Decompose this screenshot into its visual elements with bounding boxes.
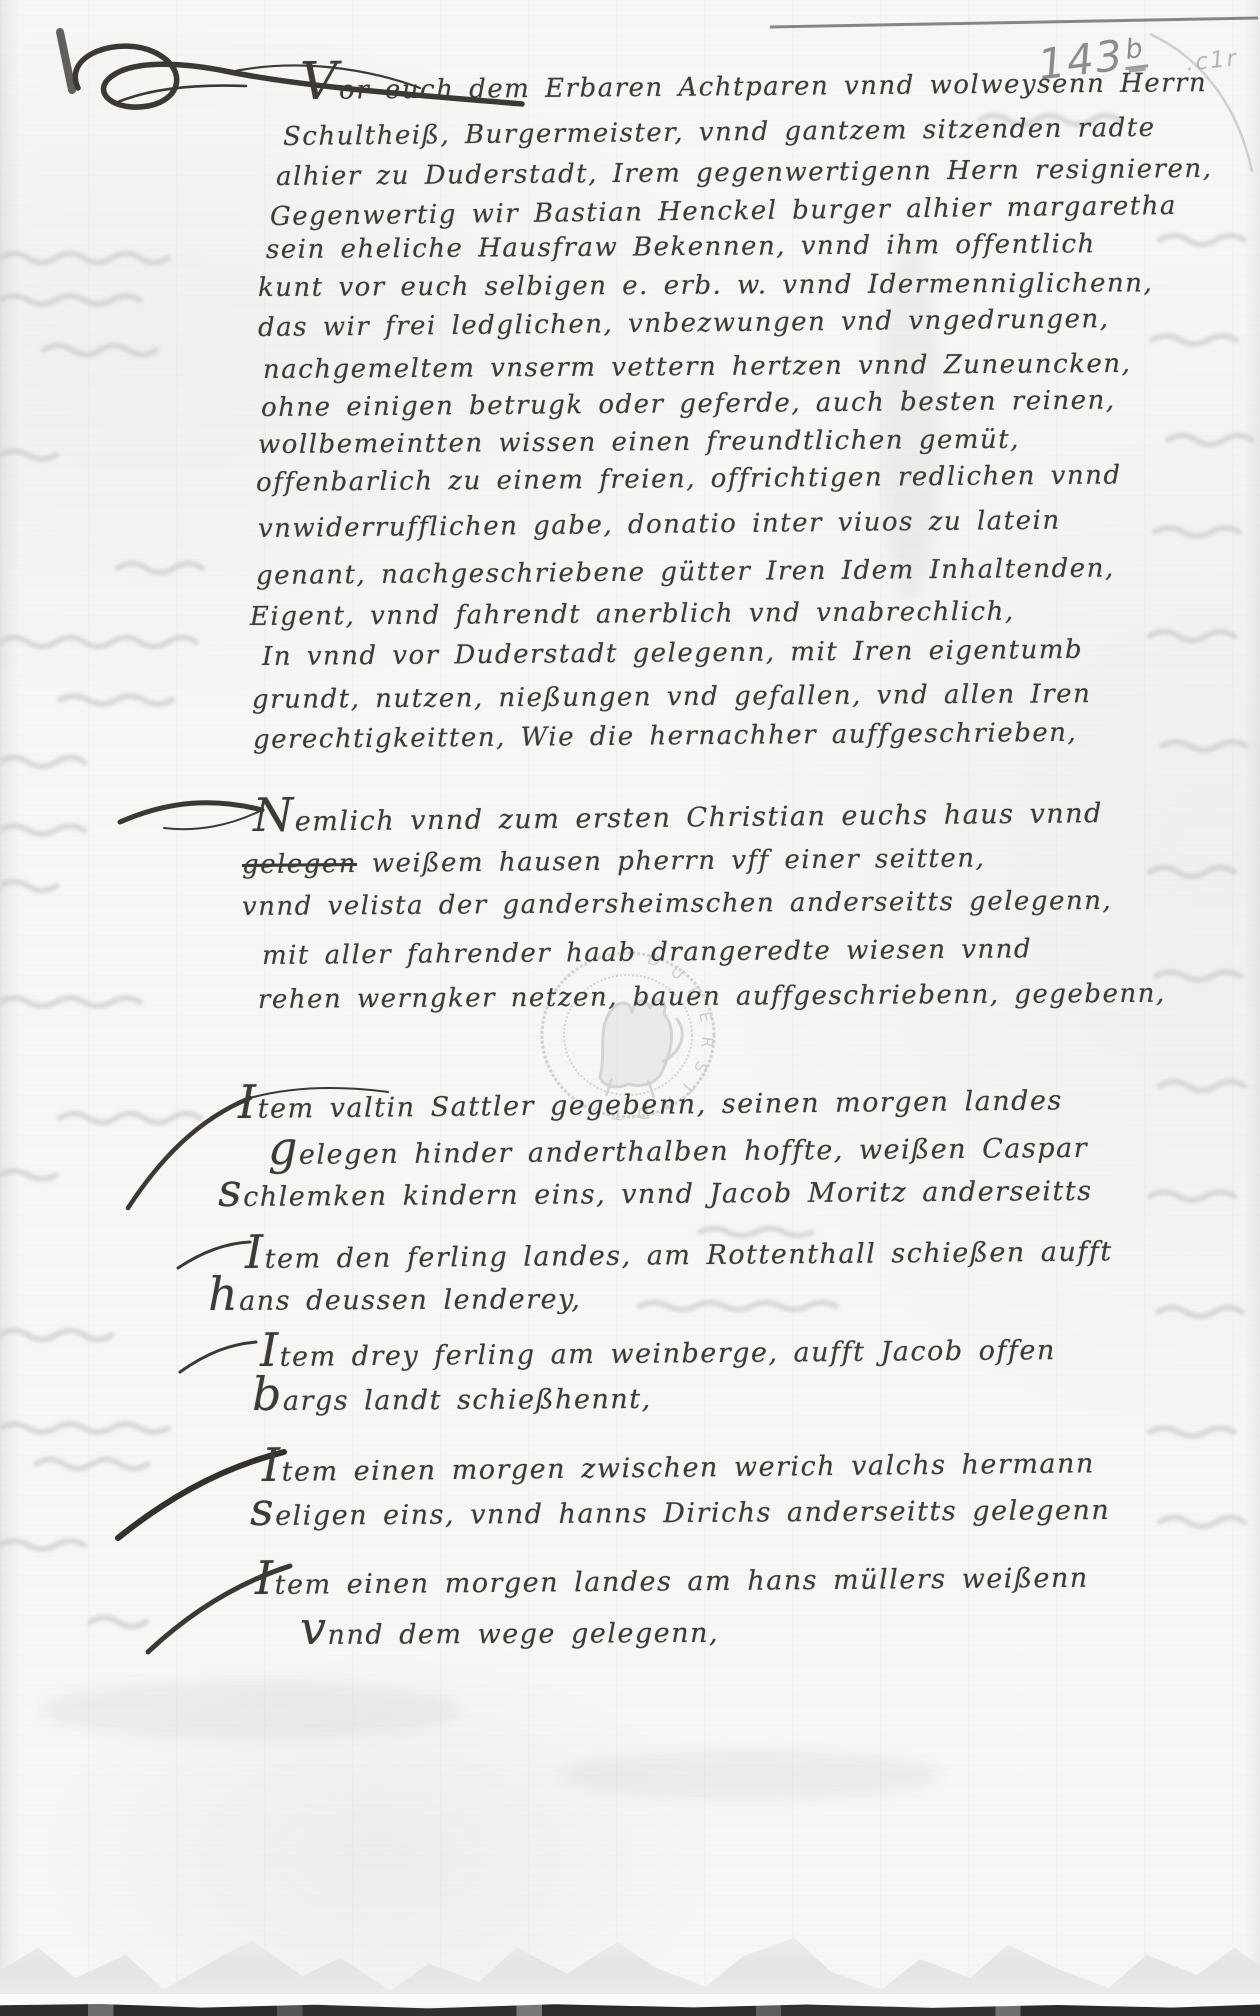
text-line: vnnd dem wege gelegenn, [300,1606,719,1656]
paragraph-swash-item-2 [178,1242,250,1268]
paragraph-swash-nemlich [120,803,262,829]
text-line: gerechtigkeitten, Wie die hernachher auf… [253,713,1078,760]
text-line: bargs landt schießhennt, [252,1372,652,1422]
text-line: offenbarlich zu einem freien, offrichtig… [256,455,1122,503]
text-line: Item einen morgen landes am hans müllers… [255,1551,1089,1606]
paragraph-swash-item-3 [180,1342,256,1372]
text-line: schlemken kindern eins, vnnd Jacob Morit… [218,1164,1093,1218]
text-line: gelegen weißem hausen pherrn vff einer s… [242,839,986,885]
top-page-edge [770,18,1258,27]
text-line: genant, nachgeschriebene gütter Iren Ide… [256,549,1115,596]
text-line: Nemlich vnnd zum ersten Christian euchs … [253,786,1103,843]
scan-background-strip [0,1994,1260,2006]
text-line: sein eheliche Hausfraw Bekennen, vnnd ih… [266,224,1096,270]
top-left-mark [60,32,72,90]
text-line: Item den ferling landes, am Rottenthall … [245,1224,1113,1280]
text-line: Item drey ferling am weinberge, aufft Ja… [260,1323,1056,1378]
struck-word: gelegen [242,849,357,880]
text-line-rest: weißem hausen pherrn vff einer seitten, [372,844,986,879]
text-line: rehen werngker netzen, bauen auffgeschri… [258,974,1166,1020]
text-line: In vnnd vor Duderstadt gelegenn, mit Ire… [262,630,1083,677]
text-line: mit aller fahrender haab drangeredte wie… [262,929,1032,976]
text-line: seligen eins, vnnd hanns Dirichs anderse… [250,1483,1110,1537]
text-line: Vor euch dem Erbaren Achtparen vnnd wolw… [300,54,1208,111]
text-line: Eigent, vnnd fahrendt anerblich vnd vnab… [250,592,1015,637]
manuscript-page: · D U D E R S T A D T · 143b .c1r Vor eu… [0,0,1260,2016]
text-line: hans deussen lenderey, [208,1272,582,1322]
text-line: vnwiderrufflichen gabe, donatio inter vi… [258,501,1061,549]
text-line: vnnd velista der gandersheimschen anders… [242,881,1112,927]
